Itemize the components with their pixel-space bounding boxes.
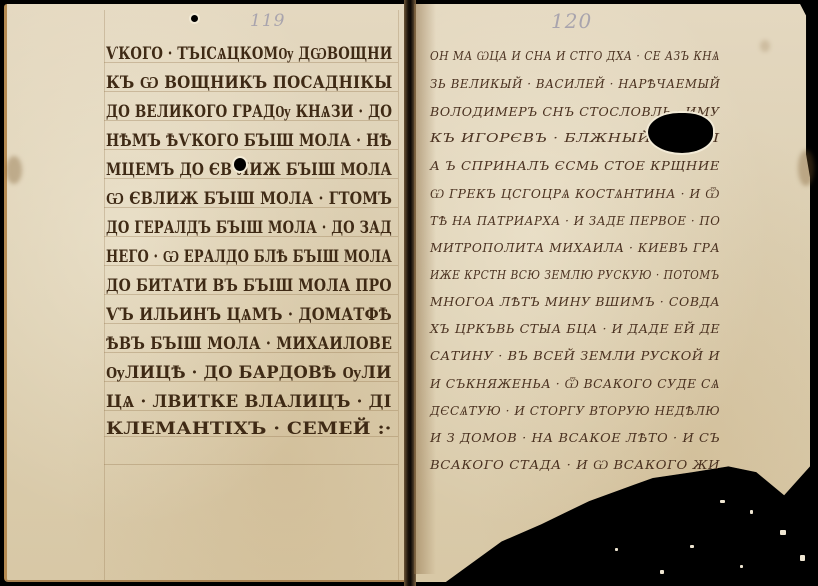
parchment-hole (648, 113, 713, 153)
water-stain (6, 156, 22, 184)
text-line: многоа лѣтъ мину вшимъ · совда (430, 294, 720, 309)
text-line: дєсѧтую · и сторгу вторую недѣлю (430, 403, 720, 419)
text-line: всакого стада · и ѡ всакого жи (430, 457, 720, 473)
text-line: иже крстн всю землю рускую · потомъ (430, 267, 720, 282)
text-line: ѣвъ бъіш мола · михаилове (106, 334, 392, 354)
torn-edge-fleck (780, 530, 786, 535)
torn-edge-fleck (690, 545, 694, 548)
text-line: до битати въ бъіш мола про (106, 276, 392, 296)
text-line: и съкняженьа · ѿ всакого суде сѧ (430, 376, 720, 392)
text-line: митрополита михаила · киевъ гра (430, 240, 720, 255)
text-line: ѵкого · тъісѧцкомѹ дѡвощни (106, 44, 392, 64)
text-line: сатину · въ всей земли руской и (430, 348, 720, 363)
text-line: хъ цркъвь стыа бца · и даде ей де (430, 321, 720, 336)
margin-ruling (398, 10, 399, 580)
torn-edge-fleck (720, 500, 725, 503)
text-line: него · ѡ ералдо блѣ бъіш мола (106, 247, 392, 267)
text-line: он ма ѡца и сна и стго дха · се азъ кнѧ (430, 48, 720, 64)
parchment-hole (191, 15, 198, 22)
torn-edge-fleck (615, 548, 618, 551)
text-line: до гералдъ бъіш мола · до зад (106, 218, 392, 238)
manuscript-spread: 119 120 ѵкого · тъісѧцкомѹ дѡвощни къ ѡ … (0, 0, 818, 586)
text-line: ѹлицѣ · до бардовѣ ѹли (106, 363, 392, 383)
text-line: зь великый · василей · нарѣчаемый (430, 76, 720, 91)
folio-number-left: 119 (250, 11, 285, 31)
text-line: ѡ євлиж бъіш мола · гтомъ (106, 189, 392, 209)
text-line: къ ѡ вощникъ посаднікы (106, 73, 392, 93)
folio-number-right: 120 (551, 9, 592, 33)
water-stain (760, 40, 770, 52)
torn-edge-fleck (740, 565, 743, 568)
text-line: цѧ · лвитке влалицъ · ді (106, 392, 392, 412)
text-line: до великого градѹ кнѧзи · до (106, 102, 392, 122)
text-line: ѡ грекъ цсгоцрѧ костѧнтина · и ѿ (430, 186, 720, 202)
text-line: клемантіхъ · семей :· (106, 419, 392, 439)
torn-edge-fleck (800, 555, 805, 561)
margin-ruling (104, 10, 105, 580)
parchment-hole (234, 158, 246, 171)
line-ruling (104, 464, 398, 465)
text-line: и з домов · на всакое лѣто · и съ (430, 430, 720, 445)
text-line: ѵъ ильинъ цѧмъ · доматфѣ (106, 305, 392, 325)
torn-edge-fleck (660, 570, 664, 574)
text-line: нѣмъ ѣѵкого бъіш мола · нѣ (106, 131, 392, 151)
text-line: мцемъ до єв лиж бъіш мола (106, 160, 392, 180)
torn-edge-fleck (750, 510, 753, 514)
text-line: а ъ сприналъ єсмь стое крщние (430, 158, 720, 173)
text-line: тѣ на патриарха · и заде первое · по (430, 213, 720, 228)
water-stain (798, 150, 814, 186)
